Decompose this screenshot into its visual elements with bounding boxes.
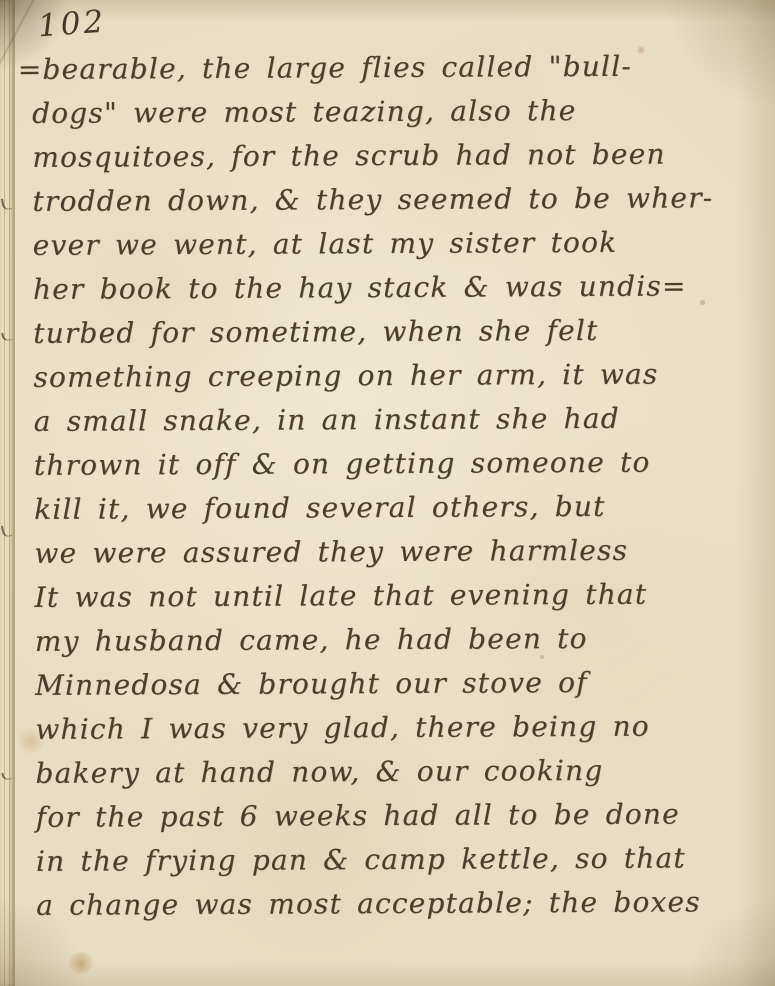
manuscript-line: turbed for sometime, when she felt (19, 308, 759, 356)
binding-seam (9, 0, 10, 986)
manuscript-line: kill it, we found several others, but (20, 484, 760, 532)
binding-edge (0, 0, 15, 986)
manuscript-line: bakery at hand now, & our cooking (21, 748, 761, 796)
manuscript-line: dogs" were most teazing, also the (18, 88, 758, 136)
manuscript-line: we were assured they were harmless (20, 528, 760, 576)
manuscript-line: for the past 6 weeks had all to be done (22, 792, 762, 840)
binding-seam (4, 0, 5, 986)
manuscript-line: trodden down, & they seemed to be wher- (18, 176, 758, 224)
manuscript-line: =bearable, the large flies called "bull- (18, 44, 758, 92)
manuscript-line: my husband came, he had been to (21, 616, 761, 664)
manuscript-line: mosquitoes, for the scrub had not been (18, 132, 758, 180)
manuscript-text-block: =bearable, the large flies called "bull-… (18, 44, 763, 928)
manuscript-line: Minnedosa & brought our stove of (21, 660, 761, 708)
manuscript-line: a small snake, in an instant she had (20, 396, 760, 444)
manuscript-line: her book to the hay stack & was undis= (19, 264, 759, 312)
manuscript-page: 102 =bearable, the large flies called "b… (0, 0, 775, 986)
manuscript-line: a change was most acceptable; the boxes (22, 880, 762, 928)
manuscript-line: ever we went, at last my sister took (19, 220, 759, 268)
manuscript-line: something creeping on her arm, it was (19, 352, 759, 400)
manuscript-line: It was not until late that evening that (20, 572, 760, 620)
manuscript-line: thrown it off & on getting someone to (20, 440, 760, 488)
manuscript-line: in the frying pan & camp kettle, so that (22, 836, 762, 884)
page-number: 102 (37, 4, 108, 45)
foxing-stain (68, 952, 94, 974)
manuscript-line: which I was very glad, there being no (21, 704, 761, 752)
